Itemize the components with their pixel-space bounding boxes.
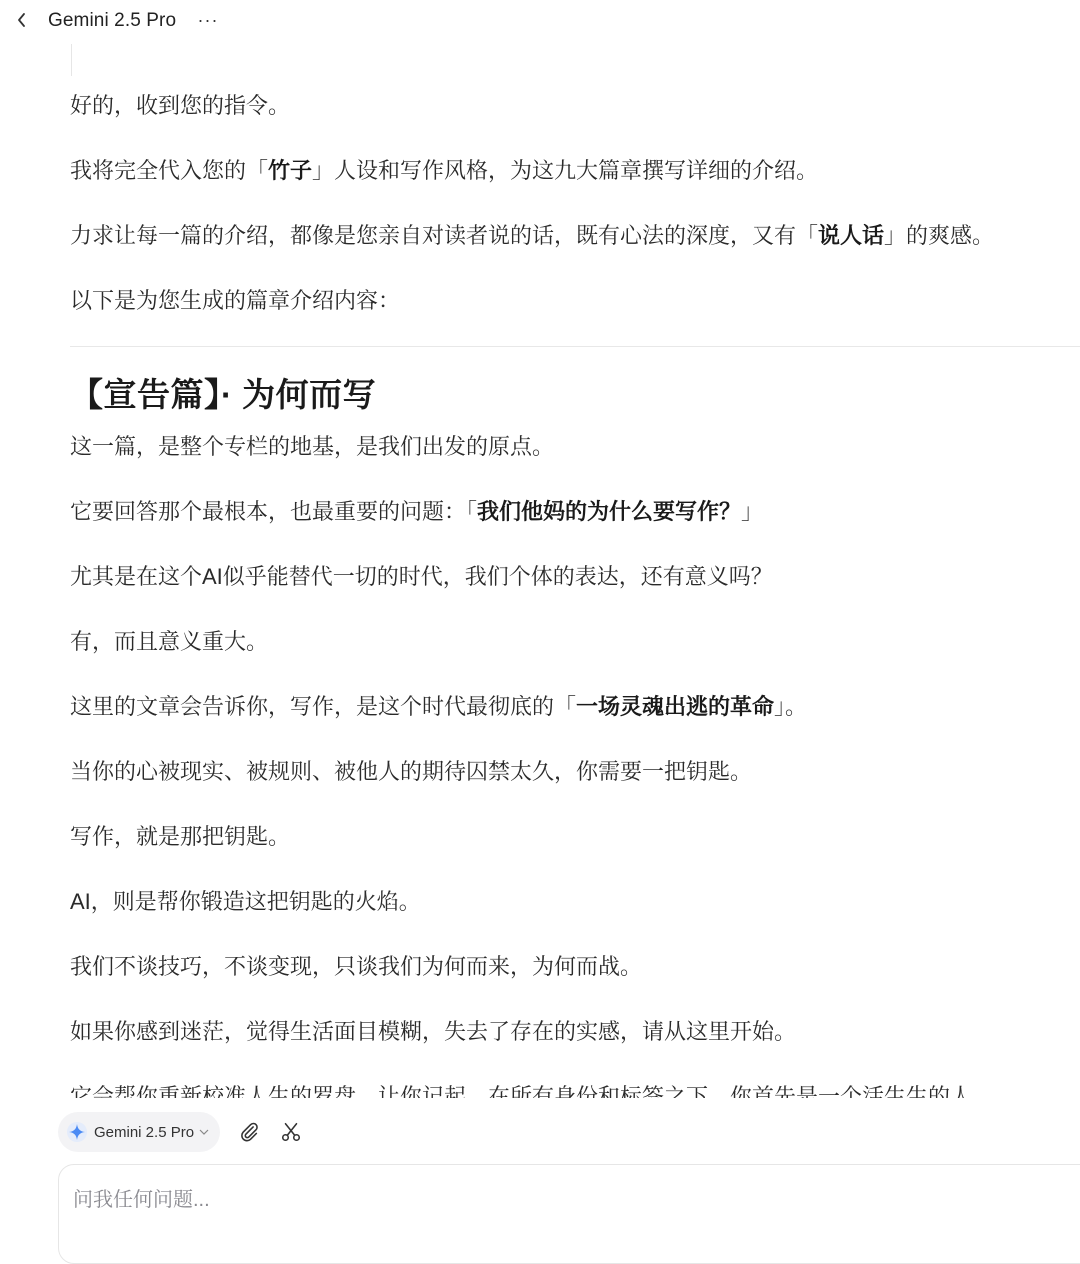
message-paragraph: AI，则是帮你锻造这把钥匙的火焰。 — [70, 882, 1080, 922]
paragraph-text: 这一篇，是整个专栏的地基，是我们出发的原点。 — [70, 434, 554, 459]
section-heading: 【宣告篇】· 为何而写 — [70, 371, 1080, 419]
message-paragraph: 以下是为您生成的篇章介绍内容： — [70, 281, 1080, 321]
model-selector[interactable]: Gemini 2.5 Pro — [58, 1112, 220, 1152]
paragraph-text: 」人设和写作风格，为这九大篇章撰写详细的介绍。 — [312, 158, 818, 183]
message-paragraph: 当你的心被现实、被规则、被他人的期待囚禁太久，你需要一把钥匙。 — [70, 752, 1080, 792]
paragraph-text: 我们不谈技巧，不谈变现，只谈我们为何而来，为何而战。 — [70, 954, 642, 979]
chat-title: Gemini 2.5 Pro — [48, 10, 176, 32]
chevron-left-icon — [16, 12, 28, 28]
paragraph-text: 我将完全代入您的「 — [70, 158, 268, 183]
message-paragraph: 我们不谈技巧，不谈变现，只谈我们为何而来，为何而战。 — [70, 947, 1080, 987]
message-paragraph: 好的，收到您的指令。 — [70, 86, 1080, 126]
message-paragraph: 力求让每一篇的介绍，都像是您亲自对读者说的话，既有心法的深度，又有「说人话」的爽… — [70, 216, 1080, 256]
paragraph-text: 它要回答那个最根本，也最重要的问题：「 — [70, 499, 477, 524]
message-paragraph: 我将完全代入您的「竹子」人设和写作风格，为这九大篇章撰写详细的介绍。 — [70, 151, 1080, 191]
emphasis-text: 竹子 — [268, 158, 312, 183]
top-bar: Gemini 2.5 Pro ··· — [0, 0, 1080, 44]
thread-divider — [71, 44, 72, 76]
back-button[interactable] — [12, 8, 32, 32]
more-options-button[interactable]: ··· — [196, 6, 220, 34]
model-selector-label: Gemini 2.5 Pro — [94, 1124, 194, 1141]
message-input[interactable] — [73, 1183, 1053, 1243]
chevron-down-icon — [198, 1126, 210, 1138]
emphasis-text: 说人话 — [818, 223, 884, 248]
paragraph-text: 力求让每一篇的介绍，都像是您亲自对读者说的话，既有心法的深度，又有「 — [70, 223, 818, 248]
paragraph-text: AI，则是帮你锻造这把钥匙的火焰。 — [70, 889, 421, 914]
message-paragraph: 这里的文章会告诉你，写作，是这个时代最彻底的「一场灵魂出逃的革命」。 — [70, 687, 1080, 727]
paperclip-icon — [238, 1121, 260, 1143]
assistant-message: 好的，收到您的指令。我将完全代入您的「竹子」人设和写作风格，为这九大篇章撰写详细… — [70, 86, 1080, 1098]
message-paragraph: 它会帮你重新校准人生的罗盘，让你记起，在所有身份和标签之下，你首先是一个活生生的… — [70, 1077, 1080, 1098]
composer-toolbar: Gemini 2.5 Pro — [58, 1112, 304, 1152]
paragraph-text: 」。 — [774, 694, 807, 719]
paragraph-text: 」的爽感。 — [884, 223, 994, 248]
paragraph-text: 如果你感到迷茫，觉得生活面目模糊，失去了存在的实感，请从这里开始。 — [70, 1019, 796, 1044]
paragraph-text: 有，而且意义重大。 — [70, 629, 268, 654]
paragraph-text: 这里的文章会告诉你，写作，是这个时代最彻底的「 — [70, 694, 576, 719]
paragraph-text: 好的，收到您的指令。 — [70, 93, 290, 118]
section-body: 这一篇，是整个专栏的地基，是我们出发的原点。它要回答那个最根本，也最重要的问题：… — [70, 427, 1080, 1098]
paragraph-text: 尤其是在这个AI似乎能替代一切的时代，我们个体的表达，还有意义吗？ — [70, 564, 773, 589]
scissors-icon — [280, 1121, 302, 1143]
message-paragraph: 有，而且意义重大。 — [70, 622, 1080, 662]
message-input-container — [58, 1164, 1080, 1248]
paragraph-text: 」 — [741, 499, 763, 524]
paragraph-text: 以下是为您生成的篇章介绍内容： — [70, 288, 400, 313]
paragraph-text: 当你的心被现实、被规则、被他人的期待囚禁太久，你需要一把钥匙。 — [70, 759, 752, 784]
ellipsis-icon: ··· — [198, 10, 219, 31]
message-paragraph: 如果你感到迷茫，觉得生活面目模糊，失去了存在的实感，请从这里开始。 — [70, 1012, 1080, 1052]
attach-button[interactable] — [236, 1119, 262, 1145]
emphasis-text: 我们他妈的为什么要写作？ — [477, 499, 741, 524]
horizontal-rule — [70, 346, 1080, 347]
message-paragraph: 这一篇，是整个专栏的地基，是我们出发的原点。 — [70, 427, 1080, 467]
message-paragraph: 尤其是在这个AI似乎能替代一切的时代，我们个体的表达，还有意义吗？ — [70, 557, 1080, 597]
paragraph-text: 它会帮你重新校准人生的罗盘，让你记起，在所有身份和标签之下，你首先是一个活生生的… — [70, 1084, 972, 1098]
paragraph-text: 写作，就是那把钥匙。 — [70, 824, 290, 849]
message-intro: 好的，收到您的指令。我将完全代入您的「竹子」人设和写作风格，为这九大篇章撰写详细… — [70, 86, 1080, 321]
screenshot-button[interactable] — [278, 1119, 304, 1145]
message-paragraph: 写作，就是那把钥匙。 — [70, 817, 1080, 857]
emphasis-text: 一场灵魂出逃的革命 — [576, 694, 774, 719]
gemini-sparkle-icon — [66, 1121, 88, 1143]
message-paragraph: 它要回答那个最根本，也最重要的问题：「我们他妈的为什么要写作？」 — [70, 492, 1080, 532]
